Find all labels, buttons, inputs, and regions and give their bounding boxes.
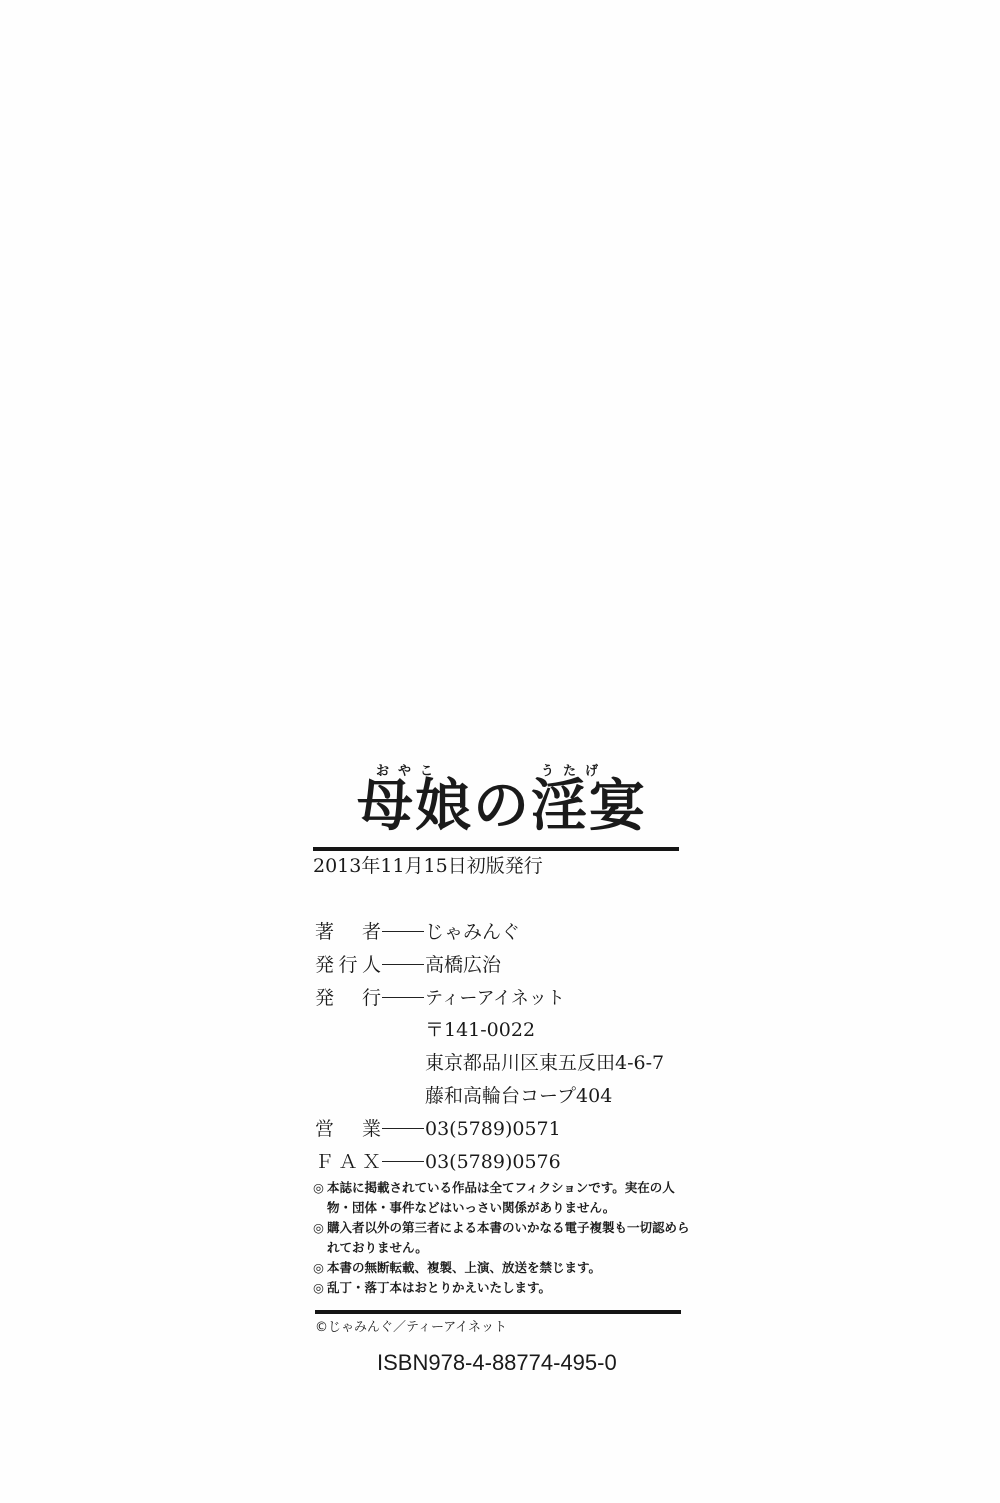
dash-divider bbox=[382, 931, 424, 932]
contact-value: 03(5789)0571 bbox=[425, 1115, 561, 1143]
contact-sales: 営 業03(5789)0571 bbox=[315, 1115, 561, 1143]
contact-label: ＦＡＸ bbox=[315, 1148, 381, 1176]
double-circle-icon: ◎ bbox=[313, 1218, 327, 1238]
dash-divider bbox=[382, 964, 424, 965]
credit-label: 発 行 bbox=[315, 984, 381, 1012]
double-circle-icon: ◎ bbox=[313, 1178, 327, 1198]
notice-text: 乱丁・落丁本はおとりかえいたします。 bbox=[327, 1280, 551, 1295]
notice-text: 本誌に掲載されている作品は全てフィクションです。実在の人物・団体・事件などはいっ… bbox=[327, 1180, 675, 1215]
colophon-page: おやこ うたげ 母娘の淫宴 2013年11月15日初版発行 著 者じゃみんぐ 発… bbox=[0, 0, 1000, 1503]
footer-divider bbox=[315, 1310, 681, 1314]
notices-list: ◎本誌に掲載されている作品は全てフィクションです。実在の人物・団体・事件などはい… bbox=[313, 1178, 693, 1298]
credit-value: 高橋広治 bbox=[425, 951, 501, 979]
publication-date: 2013年11月15日初版発行 bbox=[313, 854, 543, 878]
contact-label: 営 業 bbox=[315, 1115, 381, 1143]
title-divider bbox=[313, 847, 679, 851]
dash-divider bbox=[382, 1161, 424, 1162]
isbn: ISBN978-4-88774-495-0 bbox=[377, 1350, 617, 1376]
copyright-line: ©じゃみんぐ／ティーアイネット bbox=[315, 1318, 507, 1338]
address-postal: 〒141-0022 bbox=[425, 1016, 535, 1044]
notice-text: 本書の無断転載、複製、上演、放送を禁じます。 bbox=[327, 1260, 601, 1275]
double-circle-icon: ◎ bbox=[313, 1258, 327, 1278]
credit-label: 発行人 bbox=[315, 951, 381, 979]
dash-divider bbox=[382, 1128, 424, 1129]
dash-divider bbox=[382, 997, 424, 998]
credit-publisher-person: 発行人高橋広治 bbox=[315, 951, 501, 979]
notice-item: ◎本書の無断転載、複製、上演、放送を禁じます。 bbox=[313, 1258, 693, 1278]
address-building: 藤和高輪台コープ404 bbox=[425, 1082, 612, 1110]
book-title: 母娘の淫宴 bbox=[357, 774, 647, 838]
credit-label: 著 者 bbox=[315, 918, 381, 946]
notice-text: 購入者以外の第三者による本書のいかなる電子複製も一切認められておりません。 bbox=[327, 1220, 690, 1255]
notice-item: ◎購入者以外の第三者による本書のいかなる電子複製も一切認められておりません。 bbox=[313, 1218, 693, 1258]
double-circle-icon: ◎ bbox=[313, 1278, 327, 1298]
notice-item: ◎本誌に掲載されている作品は全てフィクションです。実在の人物・団体・事件などはい… bbox=[313, 1178, 693, 1218]
address-street: 東京都品川区東五反田4-6-7 bbox=[425, 1049, 664, 1077]
credit-publisher: 発 行ティーアイネット bbox=[315, 984, 565, 1012]
contact-value: 03(5789)0576 bbox=[425, 1148, 561, 1176]
contact-fax: ＦＡＸ03(5789)0576 bbox=[315, 1148, 561, 1176]
credit-author: 著 者じゃみんぐ bbox=[315, 918, 520, 946]
credit-value: じゃみんぐ bbox=[425, 918, 520, 946]
credit-value: ティーアイネット bbox=[425, 985, 565, 1013]
notice-item: ◎乱丁・落丁本はおとりかえいたします。 bbox=[313, 1278, 693, 1298]
